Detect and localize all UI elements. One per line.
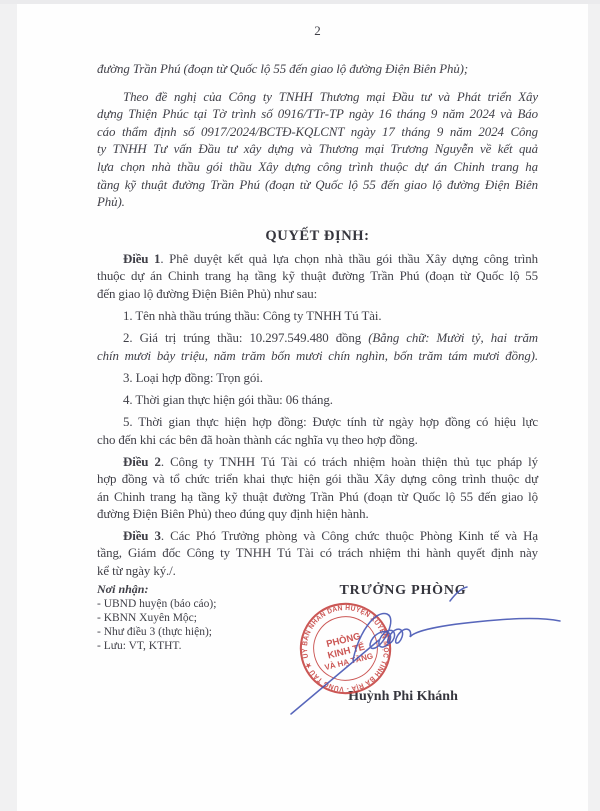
article-2-line: đường Điện Biên Phủ) theo đúng quy định … [97, 506, 538, 524]
signature-loops [353, 614, 560, 660]
decision-heading: QUYẾT ĐỊNH: [97, 227, 538, 245]
proposal-paragraph: Theo đề nghị của Công ty TNHH Thương mại… [97, 89, 538, 212]
article-2-line: Điều 2. Công ty TNHH Tú Tài có trách nhi… [97, 454, 538, 472]
article-1-item-3: 3. Loại hợp đồng: Trọn gói. [97, 370, 538, 388]
article-2-label: Điều 2 [123, 455, 161, 469]
page-number: 2 [97, 0, 538, 40]
recipients-header: Nơi nhận: [97, 582, 216, 596]
item-2-line: chín mươi bảy triệu, năm trăm bốn mươi c… [97, 348, 538, 366]
proposal-line: Phủ). [97, 194, 538, 212]
viewer-right-gutter [588, 0, 600, 811]
item-5-line: cho đến khi các bên đã hoàn thành các ng… [97, 432, 538, 450]
article-2-line: án Chinh trang hạ tầng kỹ thuật đường Tr… [97, 489, 538, 507]
viewer-top-gutter [0, 0, 600, 4]
article-1-line: thuộc dự án Chinh trang hạ tầng kỹ thuật… [97, 268, 538, 286]
recipient-item: - Lưu: VT, KTHT. [97, 639, 216, 653]
article-2-line: hợp đồng và tổ chức triển khai thực hiện… [97, 471, 538, 489]
article-1: Điều 1. Phê duyệt kết quả lựa chọn nhà t… [97, 251, 538, 304]
proposal-line: lựa chọn nhà thầu gói thầu Xây dựng công… [97, 159, 538, 177]
article-1-item-4: 4. Thời gian thực hiện gói thầu: 06 thán… [97, 392, 538, 410]
signature-tail [291, 640, 379, 714]
recipient-item: - KBNN Xuyên Mộc; [97, 611, 216, 625]
article-3: Điều 3. Các Phó Trưởng phòng và Công chứ… [97, 528, 538, 581]
signature-tick [450, 587, 467, 601]
screenshot-root: { "page_number": "2", "intro_line": "đườ… [0, 0, 600, 811]
proposal-line: Theo đề nghị của Công ty TNHH Thương mại… [97, 89, 538, 107]
proposal-line: cáo thẩm định số 0917/2024/BCTĐ-KQLCNT n… [97, 124, 538, 142]
proposal-line: tầng kỹ thuật đường Trần Phú (đoạn từ Qu… [97, 177, 538, 195]
article-1-line: đến giao lộ đường Điện Biên Phủ) như sau… [97, 286, 538, 304]
recipient-item: - UBND huyện (báo cáo); [97, 597, 216, 611]
proposal-line: dựng Thiện Phúc tại Tờ trình số 0916/TTr… [97, 106, 538, 124]
recipient-item: - Như điều 3 (thực hiện); [97, 625, 216, 639]
article-1-label: Điều 1 [123, 252, 160, 266]
article-3-label: Điều 3 [123, 529, 161, 543]
signature-scribble [267, 576, 587, 726]
intro-carryover-line: đường Trần Phú (đoạn từ Quốc lộ 55 đến g… [97, 61, 538, 79]
article-2: Điều 2. Công ty TNHH Tú Tài có trách nhi… [97, 454, 538, 524]
article-1-item-2: 2. Giá trị trúng thầu: 10.297.549.480 đồ… [97, 330, 538, 365]
article-1-line: Điều 1. Phê duyệt kết quả lựa chọn nhà t… [97, 251, 538, 269]
article-3-line: tầng, Giám đốc Công ty TNHH Tú Tài có tr… [97, 545, 538, 563]
article-3-line: Điều 3. Các Phó Trưởng phòng và Công chứ… [97, 528, 538, 546]
item-2-line: 2. Giá trị trúng thầu: 10.297.549.480 đồ… [97, 330, 538, 348]
document-content: 2 đường Trần Phú (đoạn từ Quốc lộ 55 đến… [97, 0, 538, 580]
item-5-line: 5. Thời gian thực hiện hợp đồng: Được tí… [97, 414, 538, 432]
viewer-left-gutter [0, 0, 17, 811]
article-1-item-1: 1. Tên nhà thầu trúng thầu: Công ty TNHH… [97, 308, 538, 326]
document-page: 2 đường Trần Phú (đoạn từ Quốc lộ 55 đến… [17, 0, 588, 811]
proposal-line: ty TNHH Tư vấn Đầu tư xây dựng và Thương… [97, 141, 538, 159]
recipients-block: Nơi nhận: - UBND huyện (báo cáo); - KBNN… [97, 582, 216, 653]
article-1-item-5: 5. Thời gian thực hiện hợp đồng: Được tí… [97, 414, 538, 449]
